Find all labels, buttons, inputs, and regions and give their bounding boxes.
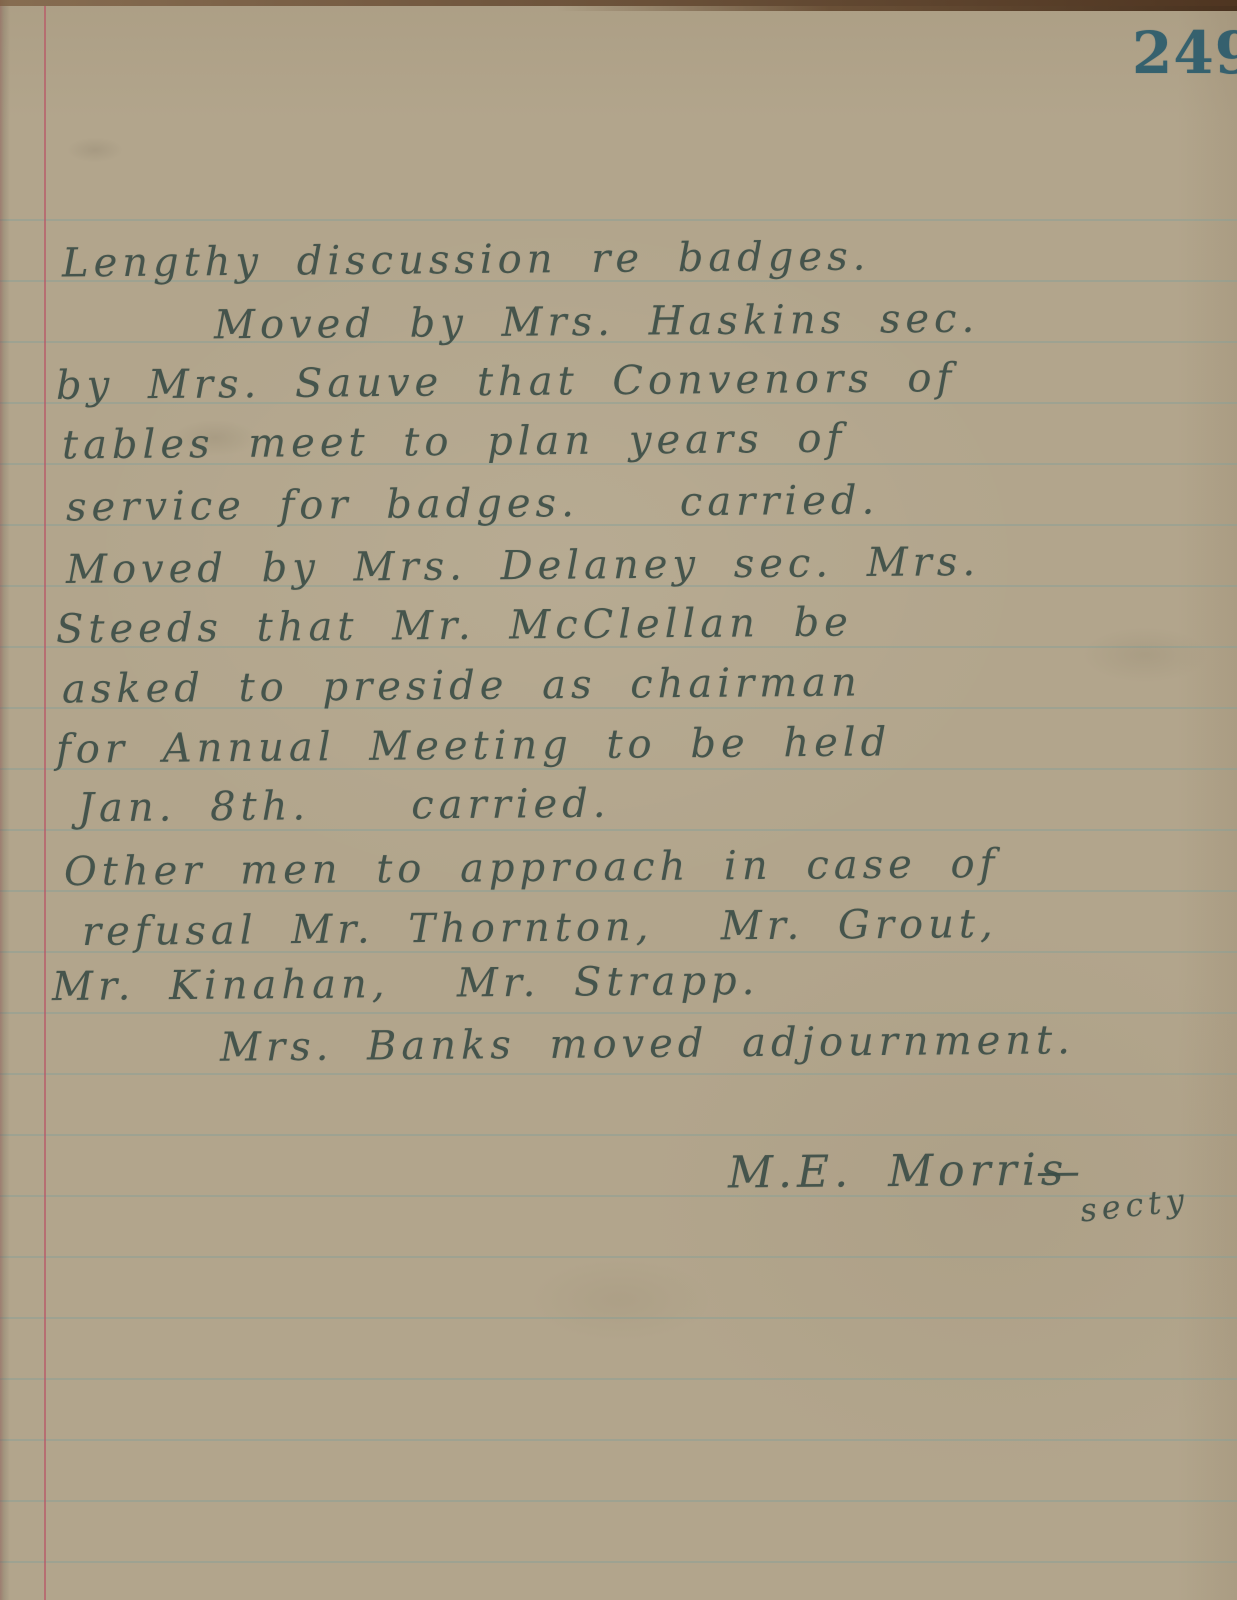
minute-book-page: 249 Lengthy discussion re badges. Moved … <box>0 0 1237 1600</box>
handwritten-line: for Annual Meeting to be held <box>56 720 892 771</box>
handwritten-line: Steeds that Mr. McClellan be <box>56 601 853 652</box>
handwritten-line: tables meet to plan years of <box>62 417 847 468</box>
handwritten-line: by Mrs. Sauve that Convenors of <box>56 356 957 408</box>
handwritten-line: asked to preside as chairman <box>62 661 862 712</box>
handwritten-line: Mrs. Banks moved adjournment. <box>220 1018 1075 1069</box>
page-top-edge-shadow <box>557 6 1237 11</box>
handwritten-line: service for badges. carried. <box>66 478 880 529</box>
handwritten-line: Other men to approach in case of <box>64 842 1000 894</box>
binding-edge-shadow <box>0 0 10 1600</box>
handwritten-line: Moved by Mrs. Haskins sec. <box>214 297 980 348</box>
secretary-signature: M.E. Morris <box>728 1147 1069 1198</box>
handwritten-line: Jan. 8th. carried. <box>78 782 611 831</box>
margin-rule-line <box>44 6 46 1600</box>
handwritten-line: refusal Mr. Thornton, Mr. Grout, <box>82 902 998 954</box>
page-number-stamp: 249 <box>1132 24 1237 82</box>
handwritten-line: Lengthy discussion re badges. <box>62 234 871 285</box>
signature-flourish: — <box>1036 1148 1085 1197</box>
handwritten-line: Moved by Mrs. Delaney sec. Mrs. <box>66 540 980 592</box>
handwritten-line: Mr. Kinahan, Mr. Strapp. <box>52 959 760 1009</box>
